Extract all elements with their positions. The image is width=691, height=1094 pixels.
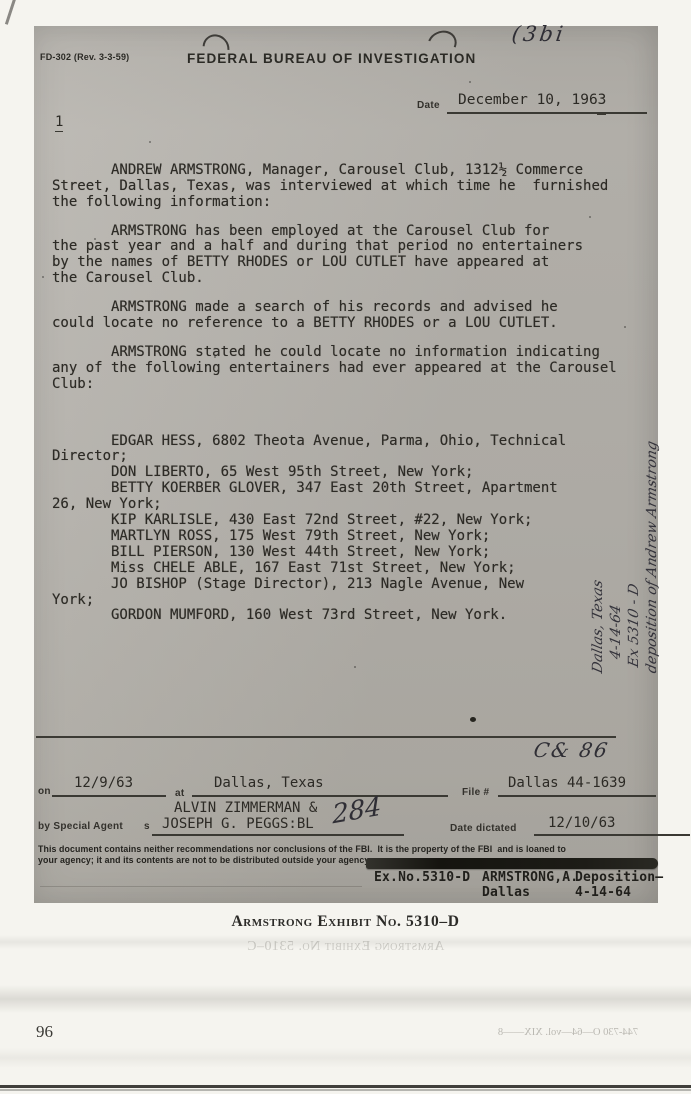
paragraphs: ANDREW ARMSTRONG, Manager, Carousel Club… [52, 163, 638, 393]
stamp-deposition-label: Deposition— [575, 870, 663, 885]
on-value: 12/9/63 [74, 775, 133, 791]
form-number: FD-302 (Rev. 3-3-59) [40, 52, 129, 62]
special-agent-label: by Special Agent [38, 821, 123, 832]
speck [94, 238, 96, 240]
stamp-exhibit-number: Ex.No.5310-D [374, 870, 470, 885]
report-paragraph: ARMSTRONG made a search of his records a… [52, 300, 638, 332]
entertainer-entry: EDGAR HESS, 6802 Theota Avenue, Parma, O… [52, 434, 638, 466]
faint-scan-line [40, 886, 362, 887]
file-number-underline [498, 795, 656, 797]
speck [624, 326, 626, 328]
report-paragraph: ANDREW ARMSTRONG, Manager, Carousel Club… [52, 163, 638, 211]
page-bottom-edge [0, 1085, 691, 1088]
special-agent-plural-suffix: s [144, 821, 150, 832]
agent-name-line2: JOSEPH G. PEGGS:BL [162, 816, 314, 832]
scan-band [0, 985, 691, 1013]
handwritten-classification-mark: (3bi [510, 22, 567, 46]
entertainer-entry: DON LIBERTO, 65 West 95th Street, New Yo… [52, 465, 638, 481]
at-value: Dallas, Texas [214, 775, 324, 791]
speck [42, 276, 44, 278]
margin-note-line: Ex 5310 - D [625, 291, 643, 675]
corner-mark [5, 0, 16, 25]
margin-note-line: Dallas, Texas [589, 291, 607, 675]
entertainer-entry: MARTLYN ROSS, 175 West 79th Street, New … [52, 529, 638, 545]
pen-dash-mark [597, 113, 606, 115]
report-paragraph: ARMSTRONG stated he could locate no info… [52, 345, 638, 393]
handwritten-exhibit-mark: C& 86 [532, 738, 611, 762]
page-bottom-edge-shadow [0, 1089, 691, 1091]
speck [124, 571, 126, 573]
handwritten-margin-note: Dallas, Texas 4-14-64 Ex 5310 - D deposi… [589, 293, 667, 673]
report-paragraph: ARMSTRONG has been employed at the Carou… [52, 224, 638, 288]
at-label: at [175, 788, 185, 799]
date-label: Date [417, 100, 440, 111]
scan-band [0, 1048, 691, 1068]
speck [149, 141, 151, 143]
at-underline [192, 795, 448, 797]
date-dictated-underline [534, 834, 690, 836]
entertainer-entry: BETTY KOERBER GLOVER, 347 East 20th Stre… [52, 481, 638, 513]
stamp-deponent-name: ARMSTRONG,A. [482, 870, 578, 885]
separator-line [36, 736, 616, 738]
stamp-city: Dallas [482, 885, 530, 900]
file-number-label: File # [462, 787, 489, 798]
speck [214, 356, 216, 358]
handwritten-page-count: 284 [332, 792, 382, 831]
entertainer-entry: GORDON MUMFORD, 160 West 73rd Street, Ne… [52, 608, 638, 624]
margin-note-line: deposition of Andrew Armstrong [643, 291, 661, 675]
margin-note-line: 4-14-64 [607, 291, 625, 675]
on-underline [52, 795, 166, 797]
black-marker-bar [366, 858, 658, 869]
mirrored-printer-mark: 744-730 O—64—vol. XIX——8 [468, 1027, 668, 1038]
entertainer-entry: BILL PIERSON, 130 West 44th Street, New … [52, 545, 638, 561]
entertainer-entry: Miss CHELE ABLE, 167 East 71st Street, N… [52, 561, 638, 577]
on-label: on [38, 786, 51, 797]
date-dictated-value: 12/10/63 [548, 815, 615, 831]
date-value: December 10, 1963 [458, 92, 606, 108]
date-dictated-label: Date dictated [450, 823, 517, 834]
speck [589, 216, 591, 218]
book-page-number: 96 [36, 1022, 53, 1042]
stamp-date: 4-14-64 [575, 885, 631, 900]
entertainer-list: EDGAR HESS, 6802 Theota Avenue, Parma, O… [52, 434, 638, 625]
entertainer-entry: KIP KARLISLE, 430 East 72nd Street, #22,… [52, 513, 638, 529]
file-number-value: Dallas 44-1639 [508, 775, 626, 791]
page-marker: 1 [55, 114, 63, 132]
report-body: ANDREW ARMSTRONG, Manager, Carousel Club… [52, 131, 638, 656]
agent-name-line1: ALVIN ZIMMERMAN & [174, 800, 317, 816]
agent-underline [152, 834, 404, 836]
bleedthrough-caption: Armstrong Exhibit No. 5310–C [0, 939, 691, 955]
entertainer-entry: JO BISHOP (Stage Director), 213 Nagle Av… [52, 577, 638, 609]
date-underline [447, 112, 647, 114]
speck [354, 666, 356, 668]
scanned-fd302-document: FD-302 (Rev. 3-3-59) FEDERAL BUREAU OF I… [34, 26, 658, 903]
ink-dot [470, 717, 476, 722]
book-page: FD-302 (Rev. 3-3-59) FEDERAL BUREAU OF I… [0, 0, 691, 1094]
exhibit-caption: Armstrong Exhibit No. 5310–D [0, 913, 691, 931]
speck [469, 81, 471, 83]
